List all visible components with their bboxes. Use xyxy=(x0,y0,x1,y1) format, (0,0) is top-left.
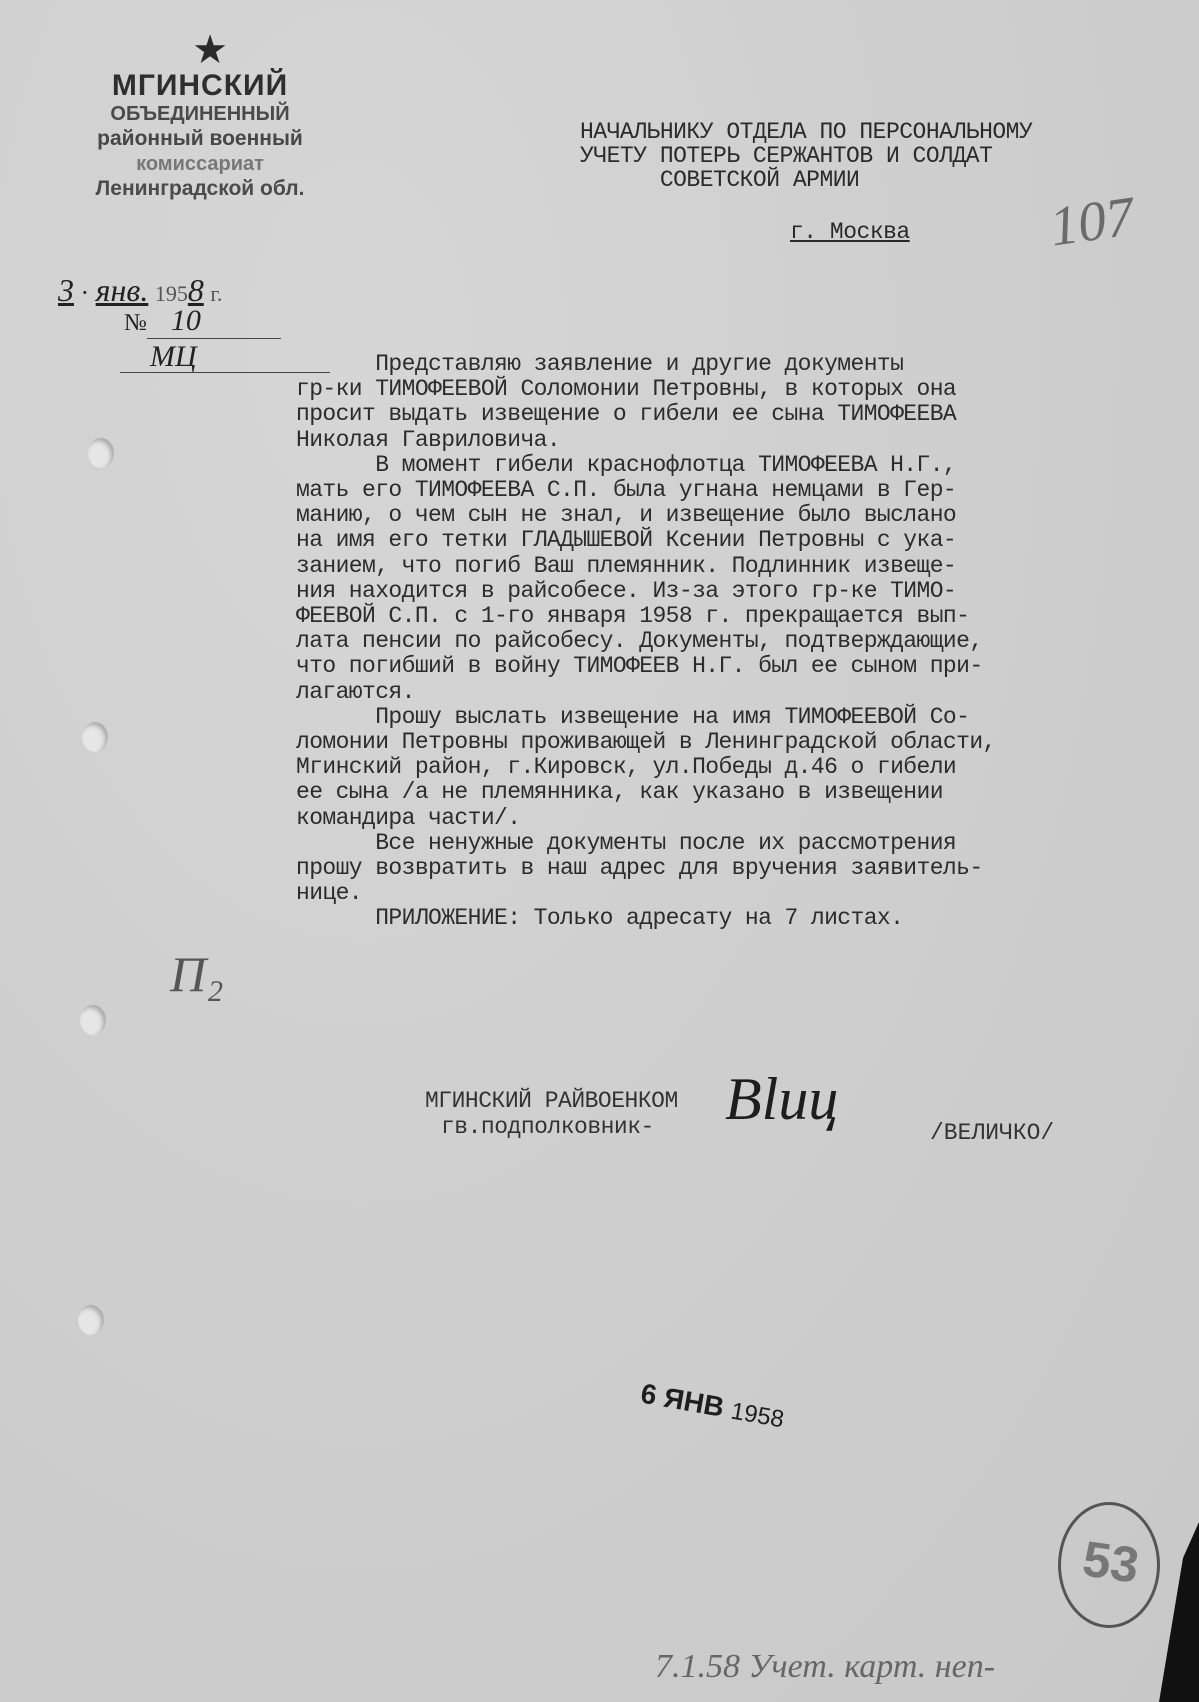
stamp-line-3: районный военный xyxy=(60,126,340,152)
soviet-star-icon: ★ xyxy=(80,30,340,70)
scan-corner-shadow xyxy=(1159,1522,1199,1702)
stamp-line-5: Ленинградской обл. xyxy=(60,176,340,202)
addressee-city: г. Москва xyxy=(790,220,1032,244)
signature-block: МГИНСКИЙ РАЙВОЕНКОМ гв.подполковник- xyxy=(425,1088,678,1140)
number-label: № xyxy=(124,310,147,336)
received-month: ЯНВ xyxy=(662,1382,727,1423)
handwritten-footer-note: 7.1.58 Учет. карт. неп- xyxy=(655,1648,995,1686)
date-month: янв. xyxy=(96,272,149,308)
punch-hole xyxy=(78,1305,104,1335)
addressee-lines: НАЧАЛЬНИКУ ОТДЕЛА ПО ПЕРСОНАЛЬНОМУ УЧЕТУ… xyxy=(580,120,1032,192)
date-year-unit: г. xyxy=(210,281,222,306)
date-day: 3 xyxy=(58,272,74,308)
margin-number-note: 107 xyxy=(1046,184,1138,259)
outgoing-number: №10 xyxy=(124,304,281,339)
punch-hole xyxy=(82,722,108,752)
received-date-stamp: 6 ЯНВ 1958 xyxy=(638,1378,786,1435)
document-page: ★ МГИНСКИЙ ОБЪЕДИНЕННЫЙ районный военный… xyxy=(0,0,1199,1702)
signatory-name: /ВЕЛИЧКО/ xyxy=(930,1120,1054,1146)
commissariat-stamp: ★ МГИНСКИЙ ОБЪЕДИНЕННЫЙ районный военный… xyxy=(60,30,340,202)
stamp-line-4: комиссариат xyxy=(60,152,340,176)
date-year-suffix: 8 xyxy=(188,272,204,308)
punch-hole xyxy=(80,1005,106,1035)
punch-hole xyxy=(88,438,114,468)
letter-body: Представляю заявление и другие документы… xyxy=(296,352,1176,932)
signatory-title-1: МГИНСКИЙ РАЙВОЕНКОМ xyxy=(425,1088,678,1114)
stamp-line-2: ОБЪЕДИНЕННЫЙ xyxy=(60,102,340,126)
archive-seal-number: 53 xyxy=(1079,1529,1142,1594)
addressee-block: НАЧАЛЬНИКУ ОТДЕЛА ПО ПЕРСОНАЛЬНОМУ УЧЕТУ… xyxy=(580,120,1032,244)
handwritten-signature: Вlиц xyxy=(725,1065,838,1134)
signatory-title-2: гв.подполковник- xyxy=(441,1114,678,1140)
number-value: 10 xyxy=(147,304,281,339)
stamp-line-1: МГИНСКИЙ xyxy=(60,70,340,102)
margin-initials-note: П₂ xyxy=(170,945,224,1003)
archive-seal: 53 xyxy=(1058,1502,1160,1628)
date-year-prefix: 195 xyxy=(155,281,188,306)
received-day: 6 xyxy=(638,1378,659,1411)
received-year: 1958 xyxy=(729,1398,786,1434)
